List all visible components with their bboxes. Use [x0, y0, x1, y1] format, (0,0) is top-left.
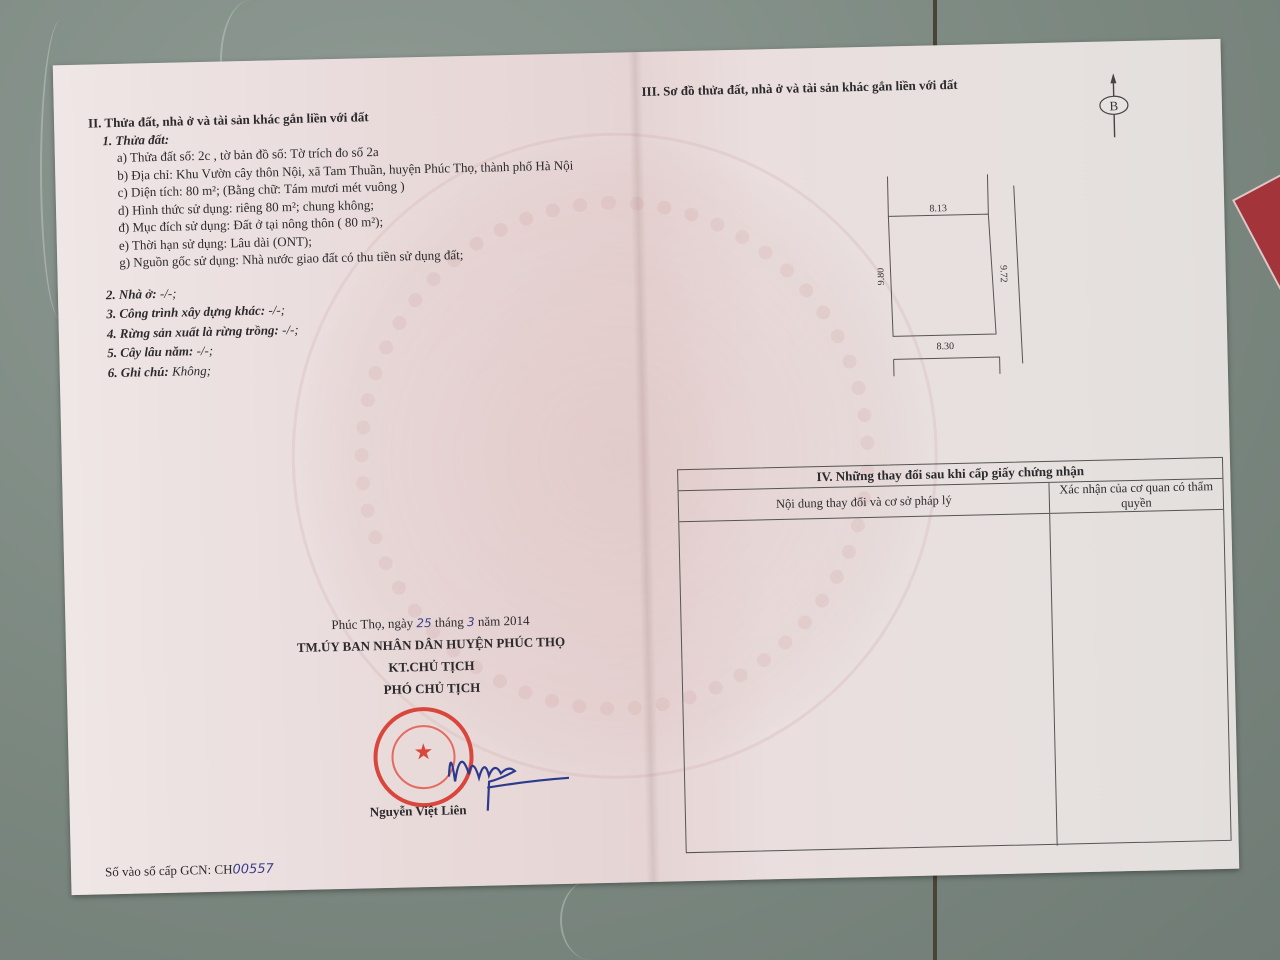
changes-table-body — [679, 510, 1230, 854]
dim-left: 9.80 — [876, 268, 887, 286]
date-month-label: tháng — [431, 614, 467, 630]
item-label: 5. Cây lâu năm: — [107, 343, 193, 360]
item-value: -/-; — [156, 285, 176, 300]
item-value: Không; — [169, 362, 212, 378]
changes-table: IV. Những thay đổi sau khi cấp giấy chứn… — [677, 457, 1232, 853]
changes-content-cell — [679, 514, 1057, 854]
item-label: 2. Nhà ở: — [106, 286, 157, 302]
dim-right: 9.72 — [998, 265, 1009, 283]
registration-number: Số vào sổ cấp GCN: CH00557 — [105, 861, 274, 881]
north-label: B — [1109, 98, 1118, 113]
item-label: 6. Ghi chú: — [108, 363, 169, 379]
signature-block: Phúc Thọ, ngày 25 tháng 3 năm 2014 TM.ÚY… — [280, 609, 582, 704]
date-day: 25 — [416, 616, 432, 630]
section-iii-title: III. Sơ đồ thửa đất, nhà ở và tài sản kh… — [641, 77, 957, 100]
dim-bottom: 8.30 — [936, 341, 954, 352]
parcel-sketch-diagram: 8.13 8.30 9.80 9.72 — [875, 173, 1039, 377]
registration-value: 00557 — [232, 862, 274, 878]
marble-vein — [560, 880, 622, 960]
item-label: 3. Công trình xây dựng khác: — [106, 303, 265, 322]
item-value: -/-; — [193, 343, 213, 358]
item-value: -/-; — [265, 302, 285, 317]
north-arrow-icon: B — [1093, 71, 1135, 152]
signer-name: Nguyễn Việt Liên — [370, 802, 467, 820]
land-use-certificate-document: II. Thửa đất, nhà ở và tài sản khác gắn … — [53, 39, 1240, 895]
col-header-confirmation: Xác nhận của cơ quan có thẩm quyền — [1049, 479, 1223, 513]
item-label: 4. Rừng sản xuất là rừng trồng: — [107, 322, 279, 341]
item-value: -/-; — [279, 321, 299, 336]
registration-label: Số vào sổ cấp GCN: CH — [105, 861, 233, 879]
changes-confirmation-cell — [1050, 510, 1230, 846]
left-page-content: II. Thửa đất, nhà ở và tài sản khác gắn … — [88, 104, 578, 382]
dim-top: 8.13 — [929, 203, 947, 214]
date-year: năm 2014 — [474, 613, 529, 629]
date-place: Phúc Thọ, ngày — [331, 615, 416, 632]
